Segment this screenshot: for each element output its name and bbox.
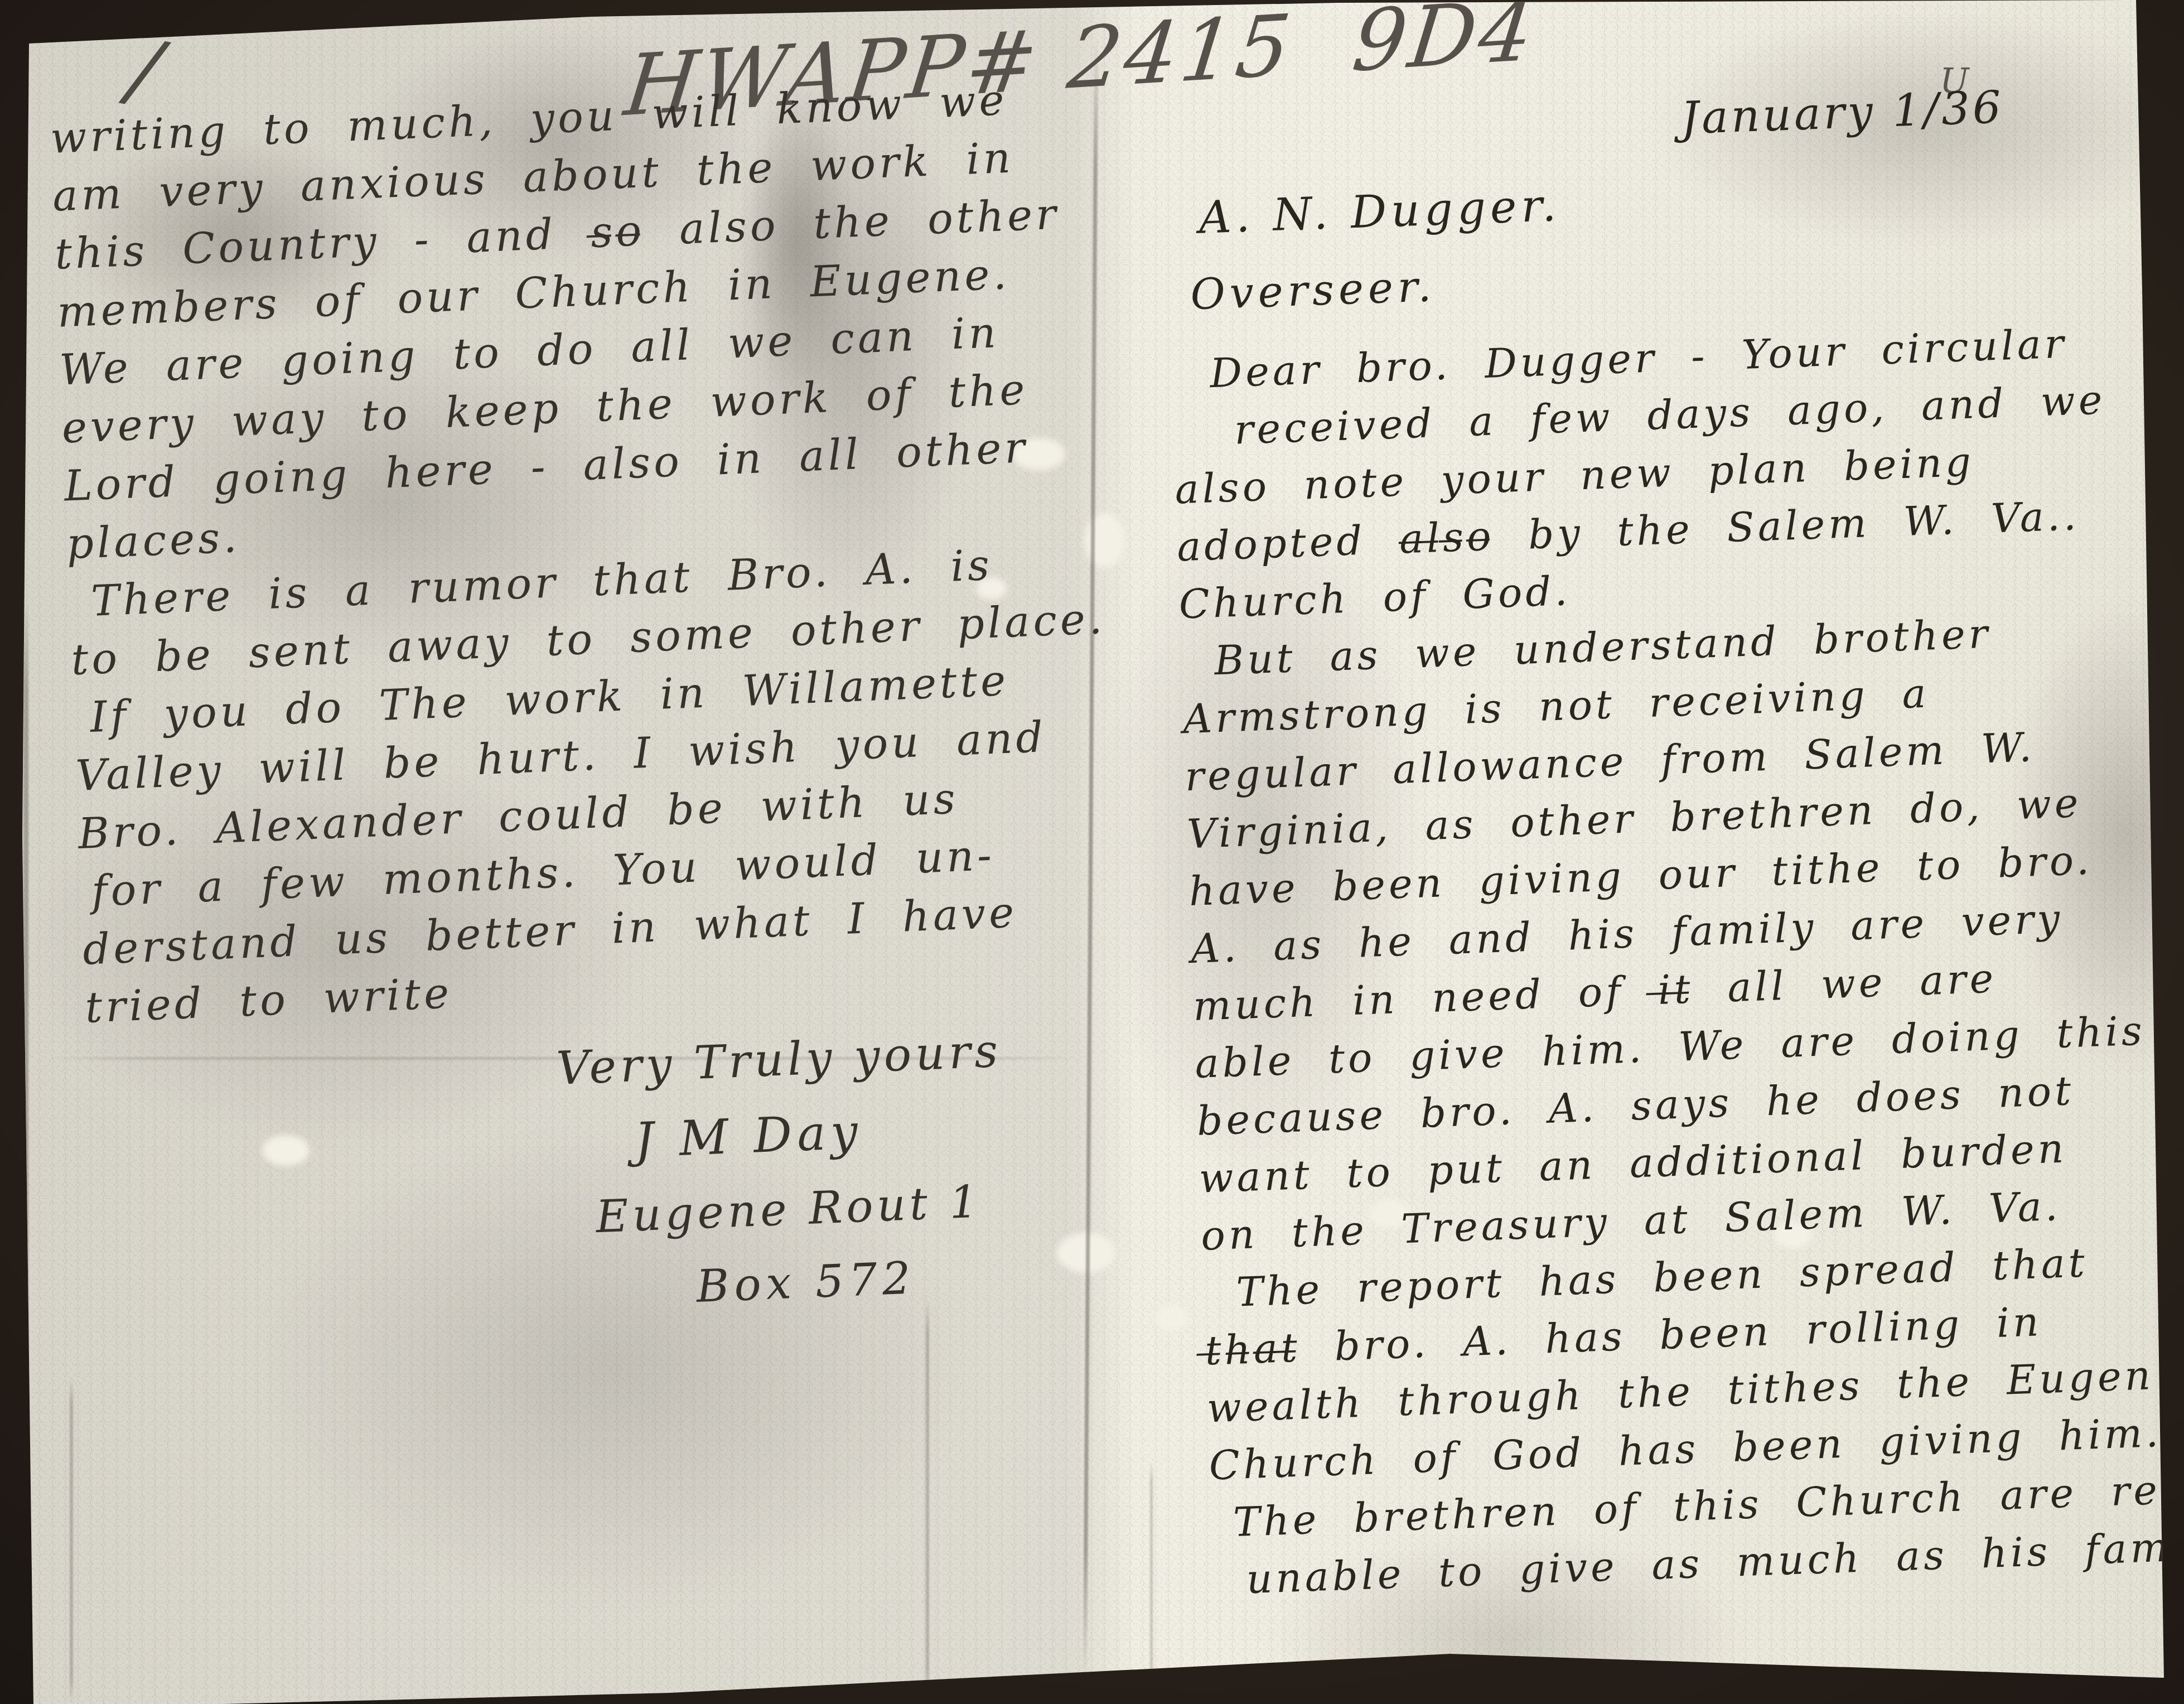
fold-crease [926,1300,929,1701]
left-edge-streak [23,602,28,1704]
right-page: January 1/36 A. N. Dugger. Overseer. Dea… [1161,59,2184,1609]
left-page: writing to much, you will know we am ver… [49,67,1147,1348]
fold-crease [1150,1461,1153,1704]
left-edge-streak [70,1378,73,1704]
white-void-spot [1154,1305,1189,1331]
photo-background: HWAPP# 24159D4 / U writing to much, you … [0,0,2184,1704]
letter-paper: HWAPP# 24159D4 / U writing to much, you … [0,0,2184,1704]
archive-code-suffix: 9D4 [1348,0,1541,91]
